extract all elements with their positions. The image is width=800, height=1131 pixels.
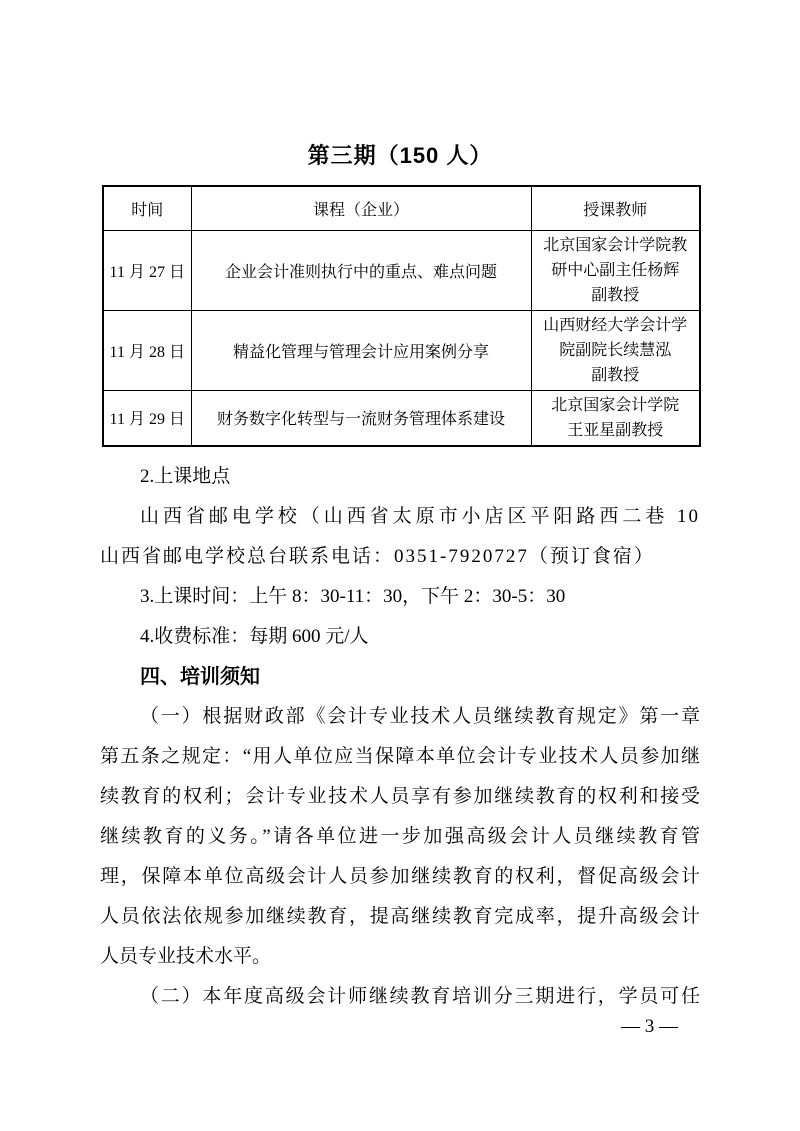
body-line-location: 山西省邮电学校（山西省太原市小店区平阳路西二巷 10 号）。 (100, 497, 700, 537)
body-line: 继续教育的义务。”请各单位进一步加强高级会计人员继续教育管 (100, 817, 700, 857)
course-cell: 精益化管理与管理会计应用案例分享 (191, 310, 531, 390)
date-cell: 11 月 27 日 (103, 230, 191, 310)
body-line: 续教育的权利；会计专业技术人员享有参加继续教育的权利和接受 (100, 777, 700, 817)
body-text: 2.上课地点 山西省邮电学校（山西省太原市小店区平阳路西二巷 10 号）。 山西… (100, 457, 700, 1017)
column-header-course: 课程（企业） (191, 186, 531, 230)
teacher-line: 副教授 (536, 363, 696, 388)
teacher-line: 研中心副主任杨辉 (536, 258, 696, 283)
document-page: 第三期（150 人） 时间 课程（企业） 授课教师 11 月 27 日 企业会计… (0, 0, 800, 1131)
body-line-phone: 山西省邮电学校总台联系电话：0351-7920727（预订食宿） (100, 537, 700, 577)
page-number: — 3 — (621, 1013, 678, 1041)
body-line: （一）根据财政部《会计专业技术人员继续教育规定》第一章 (100, 697, 700, 737)
table-row: 11 月 27 日 企业会计准则执行中的重点、难点问题 北京国家会计学院教 研中… (103, 230, 700, 310)
body-line: 第五条之规定：“用人单位应当保障本单位会计专业技术人员参加继 (100, 737, 700, 777)
teacher-line: 副教授 (536, 283, 696, 308)
page-title: 第三期（150 人） (100, 139, 700, 170)
date-cell: 11 月 28 日 (103, 310, 191, 390)
body-line: 人员专业技术水平。 (100, 937, 700, 977)
teacher-line: 王亚星副教授 (536, 418, 696, 443)
schedule-table: 时间 课程（企业） 授课教师 11 月 27 日 企业会计准则执行中的重点、难点… (102, 185, 701, 447)
table-header-row: 时间 课程（企业） 授课教师 (103, 186, 700, 230)
teacher-line: 北京国家会计学院教 (536, 233, 696, 258)
body-line-class-time: 3.上课时间：上午 8：30-11：30，下午 2：30-5：30 (100, 577, 700, 617)
body-line: 人员依法依规参加继续教育，提高继续教育完成率，提升高级会计 (100, 897, 700, 937)
course-cell: 财务数字化转型与一流财务管理体系建设 (191, 390, 531, 446)
column-header-time: 时间 (103, 186, 191, 230)
table-row: 11 月 28 日 精益化管理与管理会计应用案例分享 山西财经大学会计学 院副院… (103, 310, 700, 390)
column-header-teacher: 授课教师 (531, 186, 700, 230)
course-cell: 企业会计准则执行中的重点、难点问题 (191, 230, 531, 310)
section-heading-training-notes: 四、培训须知 (100, 657, 700, 697)
teacher-cell: 北京国家会计学院 王亚星副教授 (531, 390, 700, 446)
date-cell: 11 月 29 日 (103, 390, 191, 446)
body-line: （二）本年度高级会计师继续教育培训分三期进行，学员可任 (100, 977, 700, 1017)
body-line-class-location-heading: 2.上课地点 (100, 457, 700, 497)
teacher-cell: 北京国家会计学院教 研中心副主任杨辉 副教授 (531, 230, 700, 310)
teacher-cell: 山西财经大学会计学 院副院长续慧泓 副教授 (531, 310, 700, 390)
teacher-line: 院副院长续慧泓 (536, 338, 696, 363)
teacher-line: 北京国家会计学院 (536, 393, 696, 418)
body-line: 理，保障本单位高级会计人员参加继续教育的权利，督促高级会计 (100, 857, 700, 897)
teacher-line: 山西财经大学会计学 (536, 313, 696, 338)
body-line-fee: 4.收费标准：每期 600 元/人 (100, 617, 700, 657)
table-row: 11 月 29 日 财务数字化转型与一流财务管理体系建设 北京国家会计学院 王亚… (103, 390, 700, 446)
